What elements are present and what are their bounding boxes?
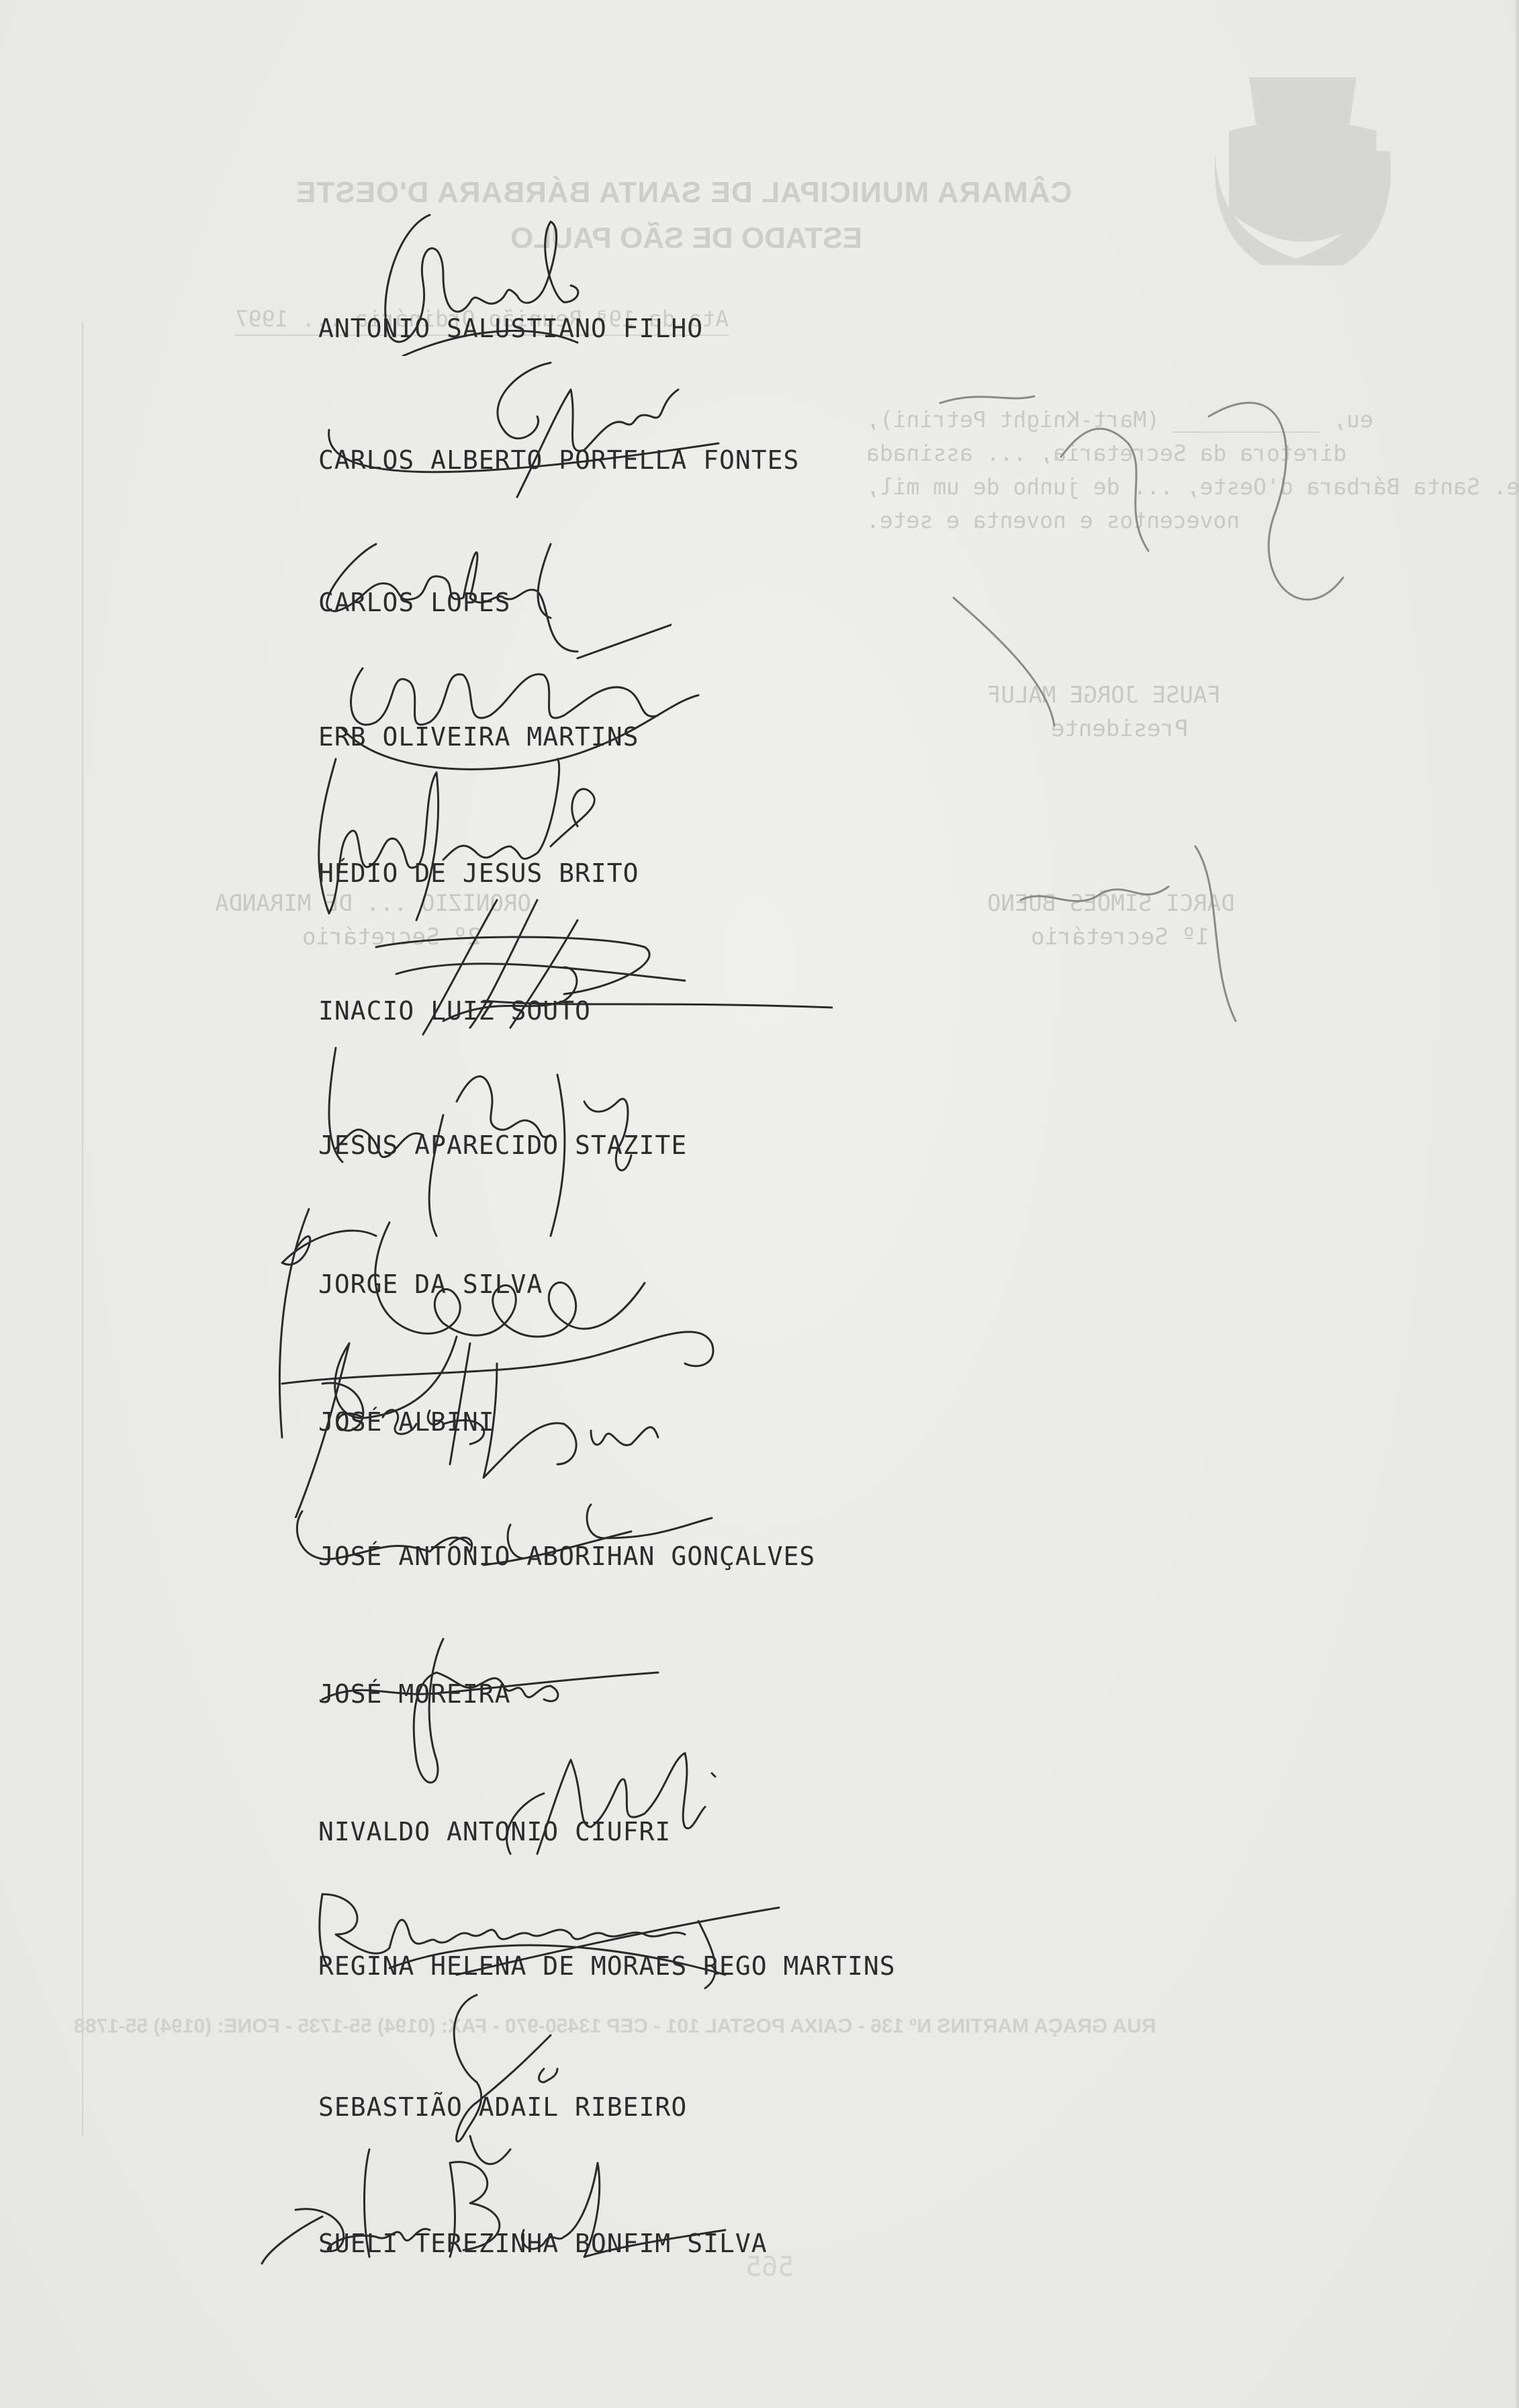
- signature-jose-antonio-aborihan-goncalves: [282, 1491, 752, 1585]
- signature-nivaldo-antonio-ciufri: [484, 1733, 752, 1867]
- signatory-name: REGINA HELENA DE MORAES REGO MARTINS: [318, 1951, 896, 1981]
- bleed-secretary1-name: DARCI SIMÕES BUENO: [987, 890, 1234, 917]
- municipal-crest-icon: [1202, 57, 1403, 279]
- signatory-name: JOSÉ MOREIRA: [318, 1679, 511, 1709]
- page-margin-line: [82, 322, 83, 2136]
- signatory-name: CARLOS ALBERTO PORTELLA FONTES: [318, 445, 799, 475]
- bleed-paragraph-line: pela edilidade. Santa Bárbara d'Oeste, .…: [866, 474, 1519, 500]
- signatory-name: JESUS APARECIDO STAZITE: [318, 1130, 687, 1160]
- signature-jose-moreira: [309, 1625, 685, 1800]
- signatory-name: HÉDIO DE JESUS BRITO: [318, 858, 639, 888]
- signature-regina-helena-de-moraes-rego-martins: [295, 1867, 900, 2002]
- bleed-header-line2: ESTADO DE SÃO PAULO: [510, 222, 862, 255]
- document-page: CÂMARA MUNICIPAL DE SANTA BÁRBARA D'OEST…: [0, 0, 1519, 2408]
- signatory-name: ANTONIO SALUSTIANO FILHO: [318, 314, 703, 343]
- bleed-paragraph-line: eu, ___________ (Mart-Knight Petrini),: [866, 406, 1373, 433]
- bleed-president-title: Presidente: [1051, 715, 1189, 742]
- page-edge-shadow: [1515, 0, 1519, 2408]
- bleed-header-line1: CÂMARA MUNICIPAL DE SANTA BÁRBARA D'OEST…: [295, 176, 1072, 210]
- signatory-name: INACIO LUIZ SOUTO: [318, 996, 591, 1026]
- signatory-name: CARLOS LOPES: [318, 588, 511, 617]
- bleed-secretary2-title: 2º Secretário: [302, 924, 481, 950]
- bleed-president-name: FAUSE JORGE MALUF: [987, 682, 1221, 709]
- signature-carlos-alberto-portella-fontes: [316, 349, 799, 504]
- bleed-secretary2-name: ORONIZIO ... DE MIRANDA: [215, 890, 531, 917]
- signatory-name: SUELI TEREZINHA BONFIM SILVA: [318, 2229, 768, 2258]
- bleed-footer-address: RUA GRAÇA MARTINS Nº 136 - CAIXA POSTAL …: [74, 2015, 1156, 2038]
- signatory-name: JOSÉ ANTONIO ABORIHAN GONÇALVES: [318, 1542, 815, 1571]
- signatory-name: ERB OLIVEIRA MARTINS: [318, 722, 639, 752]
- signature-erb-oliveira-martins: [322, 628, 739, 776]
- signatory-name: JOSÉ ALBINI: [318, 1407, 495, 1437]
- signature-sebastiao-adail-ribeiro: [376, 1981, 645, 2183]
- signatory-name: NIVALDO ANTONIO CIUFRI: [318, 1817, 671, 1846]
- signatory-name: SEBASTIÃO ADAIL RIBEIRO: [318, 2092, 687, 2122]
- bleed-secretary1-title: 1º Secretário: [1031, 924, 1209, 950]
- signatory-name: JORGE DA SILVA: [318, 1269, 543, 1299]
- bleed-paragraph-line: novecentos e noventa e sete.: [866, 507, 1240, 533]
- bleed-paragraph-line: diretora da Secretaria, ... assinada: [866, 440, 1346, 466]
